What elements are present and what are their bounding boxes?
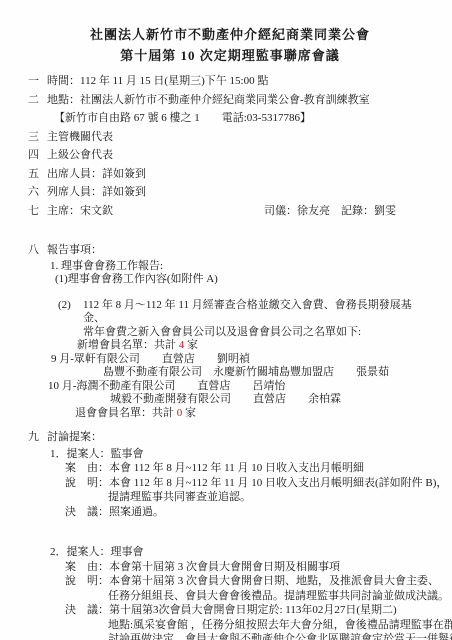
row-authority-rep: 三 主管機關代表 — [28, 128, 432, 147]
member-list-line: 9 月-眾軒有限公司 直營店 劉明禎 — [51, 353, 432, 367]
report-heading: 報告事項： — [47, 241, 102, 260]
meeting-minutes-page: 社團法人新竹市不動產仲介經紀商業同業公會 第十屆第 10 次定期理監事聯席會議 … — [0, 0, 452, 640]
row-attendees: 五 出席人員：詳如簽到 — [28, 165, 432, 184]
new-member-count-suffix: 家 — [184, 339, 198, 351]
item-number: 六 — [28, 183, 47, 202]
item-number: 一 — [28, 72, 47, 91]
member-list-line: 城毅不動產開發有限公司 直營店 余柏霖 — [110, 393, 432, 407]
member-list-line: 島豐不動產有限公司 永慶新竹關埔島豐加盟店 張景茹 — [103, 366, 432, 380]
item-label: (2) — [58, 299, 83, 326]
report-item-1-1: (1)理事會會務工作內容(如附件 A) — [55, 273, 432, 287]
discussion-heading: 討論提案： — [47, 428, 102, 447]
report-section: 八 報告事項： 1. 理事會會務工作報告: (1)理事會會務工作內容(如附件 A… — [28, 241, 432, 420]
withdraw-count-prefix: 退會會員名單：共計 — [75, 407, 177, 419]
proposal-2-description-cont: 任務分組組長、會員大會會後禮品。提請理監事共同討論並做成決議。 — [108, 589, 432, 604]
description-label: 說 明： — [65, 476, 109, 491]
proposal-2-case: 案 由： 本會第十屆第 3 次會員大會開會日期及相關事項 — [65, 560, 432, 575]
location-address: 【新竹市自由路 67 號 6 樓之 1 電話:03-5317786】 — [54, 109, 432, 128]
description-label: 說 明： — [65, 574, 109, 589]
proposal-1-description-text: 本會 112 年 8 月~112 年 11 月 10 日收入支出月帳明細表(詳如… — [109, 476, 447, 491]
proposal-1-description-cont: 提請理監事共同審查並追認。 — [108, 490, 432, 505]
report-item-1-2: (2) 112 年 8 月～112 年 11 月經審查合格並繳交入會費、會務長期… — [58, 299, 432, 326]
proposal-1-title: 1．提案人：監事會 — [50, 447, 432, 462]
meeting-title: 第十屆第 10 次定期理監事聯席會議 — [28, 47, 432, 65]
case-label: 案 由： — [65, 461, 109, 476]
resolution-label: 決 議： — [65, 603, 109, 618]
time-text: 時間：112 年 11 月 15 日(星期三)下午 15:00 點 — [47, 72, 268, 91]
row-time: 一 時間：112 年 11 月 15 日(星期三)下午 15:00 點 — [28, 72, 432, 91]
withdraw-count-line: 退會會員名單：共計 0 家 — [75, 407, 432, 421]
proposal-1-case-text: 本會 112 年 8 月~112 年 11 月 10 日收入支出月帳明細 — [109, 461, 364, 476]
proposal-2-resolution-cont-2: 討論再做決定。會員大會與不動產仲介公會北區聯誼會定於當天一併舉行。 — [108, 632, 432, 640]
report-item-1-2-cont: 常年會費之新入會會員公司以及退會會員公司之名單如下: — [83, 326, 432, 340]
item-number: 四 — [28, 146, 47, 165]
proposal-2-title: 2．提案人：理事會 — [50, 545, 432, 560]
item-number: 七 — [28, 202, 47, 221]
row-observers: 六 列席人員：詳如簽到 — [28, 183, 432, 202]
item-number: 五 — [28, 165, 47, 184]
proposal-2-description-text: 本會第十屆第 3 次會員大會開會日期、地點，及推派會員大會主委、 — [109, 574, 439, 589]
item-number: 九 — [28, 428, 47, 447]
discussion-section: 九 討論提案： 1．提案人：監事會 案 由： 本會 112 年 8 月~112 … — [28, 428, 432, 640]
meeting-info-list: 一 時間：112 年 11 月 15 日(星期三)下午 15:00 點 二 地點… — [28, 72, 432, 220]
row-chair: 七 主席：宋文欽 司儀：徐友亮 記錄：劉雯 — [28, 202, 432, 221]
proposal-2-resolution-text: 第十屆第3次會員大會開會日期定於: 113年02月27日(星期二) — [109, 603, 397, 618]
attendees-text: 出席人員：詳如簽到 — [47, 165, 146, 184]
proposal-2-resolution-cont-1: 地點:風采宴會館 ，任務分組按照去年大會分組，會後禮品請理監事在群組 — [108, 618, 432, 633]
case-label: 案 由： — [65, 560, 109, 575]
row-parent-assoc-rep: 四 上級公會代表 — [28, 146, 432, 165]
proposal-1-resolution: 決 議： 照案通過。 — [65, 505, 432, 520]
chair-text: 主席：宋文欽 — [47, 202, 113, 221]
proposal-2-case-text: 本會第十屆第 3 次會員大會開會日期及相關事項 — [109, 560, 340, 575]
row-location: 二 地點：社團法人新竹市不動產仲介經紀商業同業公會-教育訓練教室 — [28, 91, 432, 110]
item-number: 二 — [28, 91, 47, 110]
proposal-2-resolution: 決 議： 第十屆第3次會員大會開會日期定於: 113年02月27日(星期二) — [65, 603, 432, 618]
resolution-label: 決 議： — [65, 505, 109, 520]
proposal-1-case: 案 由： 本會 112 年 8 月~112 年 11 月 10 日收入支出月帳明… — [65, 461, 432, 476]
proposal-1-description: 說 明： 本會 112 年 8 月~112 年 11 月 10 日收入支出月帳明… — [65, 476, 432, 491]
proposal-2-description: 說 明： 本會第十屆第 3 次會員大會開會日期、地點，及推派會員大會主委、 — [65, 574, 432, 589]
member-list-line: 10 月-海潤不動產有限公司 直營店 呂靖怡 — [48, 380, 432, 394]
proposal-1-resolution-text: 照案通過。 — [109, 505, 164, 520]
new-member-count-line: 新增會員名單：共計 4 家 — [77, 339, 432, 353]
org-title: 社團法人新竹市不動產仲介經紀商業同業公會 — [28, 26, 432, 44]
parent-assoc-rep-text: 上級公會代表 — [47, 146, 113, 165]
item-number: 三 — [28, 128, 47, 147]
report-item-1-2-text: 112 年 8 月～112 年 11 月經審查合格並繳交入會費、會務長期發展基金… — [83, 299, 432, 326]
new-member-count-prefix: 新增會員名單：共計 — [77, 339, 179, 351]
item-number: 八 — [28, 241, 47, 260]
authority-rep-text: 主管機關代表 — [47, 128, 113, 147]
location-text: 地點：社團法人新竹市不動產仲介經紀商業同業公會-教育訓練教室 — [47, 91, 370, 110]
report-heading-row: 八 報告事項： — [28, 241, 432, 260]
withdraw-count-suffix: 家 — [182, 407, 196, 419]
discussion-heading-row: 九 討論提案： — [28, 428, 432, 447]
report-item-1: 1. 理事會會務工作報告: — [50, 260, 432, 274]
emcee-recorder-text: 司儀：徐友亮 記錄：劉雯 — [264, 202, 396, 221]
observers-text: 列席人員：詳如簽到 — [47, 183, 146, 202]
